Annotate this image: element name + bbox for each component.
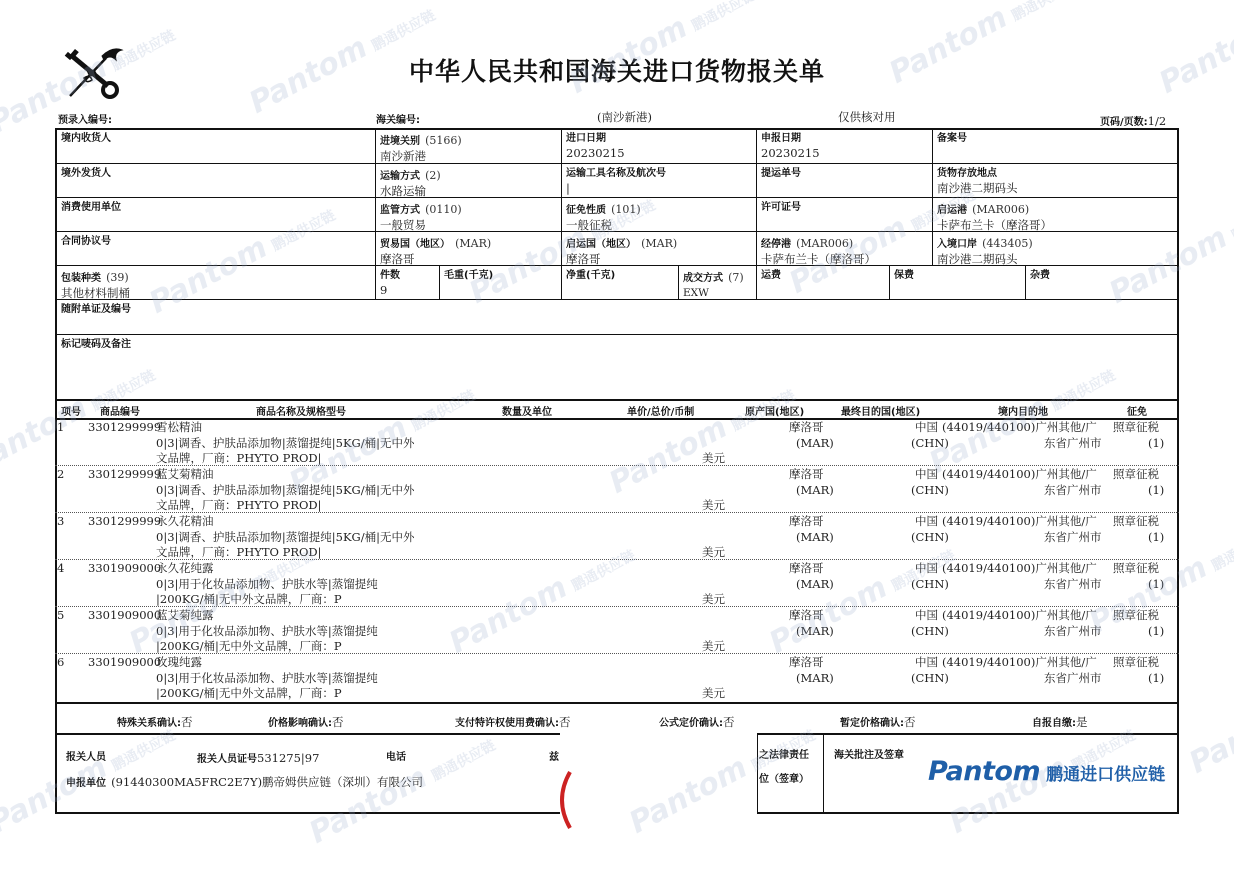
field-gross-weight: 毛重(千克) [440, 266, 561, 285]
dest-country: 中国 [915, 561, 938, 577]
col-name-spec: 商品名称及规格型号 [256, 403, 346, 418]
field-net-weight: 净重(千克) [562, 266, 678, 285]
field-pieces: 件数 9 [376, 266, 439, 300]
special-relation-label: 特殊关系确认: [117, 718, 181, 729]
deal-mode-label: 成交方式 [683, 273, 723, 284]
redaction-mask [560, 729, 757, 839]
entry-customs-value: 南沙新港 [380, 149, 557, 164]
levy-code: (1) [1148, 436, 1164, 452]
net-weight-label: 净重(千克) [566, 268, 674, 283]
departure-port-label: 启运港 [937, 205, 967, 216]
item-no: 2 [57, 467, 64, 483]
brand-name: Pantom [928, 756, 1040, 787]
vessel-value: | [566, 181, 752, 196]
levy-nature-code: (101) [611, 203, 641, 216]
declare-date-value: 20230215 [761, 146, 928, 161]
spec-line-1: 0|3|调香、护肤品添加物|蒸馏提纯|5KG/桶|无中外 [156, 483, 414, 499]
field-record-no: 备案号 [933, 129, 1178, 148]
domestic-dest-1: (44019/440100)广州其他/广 [942, 467, 1097, 483]
field-storage: 货物存放地点 南沙港二期码头 [933, 164, 1178, 198]
package-type-value: 其他材料制桶 [61, 286, 371, 301]
field-misc: 杂费 [1026, 266, 1178, 285]
dest-code: (CHN) [911, 577, 949, 593]
spec-line-1: 0|3|用于化妆品添加物、护肤水等|蒸馏提纯 [156, 577, 378, 593]
storage-value: 南沙港二期码头 [937, 181, 1174, 196]
page-label: 页码/页数: [1100, 117, 1148, 128]
origin-country: 摩洛哥 [789, 655, 824, 671]
package-type-label: 包装种类 [61, 273, 101, 284]
package-type-code: (39) [106, 271, 129, 284]
domestic-dest-1: (44019/440100)广州其他/广 [942, 514, 1097, 530]
field-attached-docs: 随附单证及编号 [57, 300, 1177, 319]
spec-line-2: |200KG/桶|无中外文品牌，厂商：P [156, 686, 342, 702]
provisional-price-confirm: 暂定价格确认:否 [840, 711, 916, 730]
hs-code: 3301909000 [88, 561, 161, 577]
col-levy: 征免 [1127, 403, 1147, 418]
dest-country: 中国 [915, 514, 938, 530]
origin-code: (MAR) [796, 483, 834, 499]
hs-code: 3301909000 [88, 608, 161, 624]
phone-label: 电话 [386, 748, 406, 763]
domestic-dest-1: (44019/440100)广州其他/广 [942, 655, 1097, 671]
watermark: Pantom鹏通供应链 [1184, 654, 1234, 781]
field-consumer: 消费使用单位 [57, 198, 375, 217]
customs-office: (南沙新港) [597, 109, 652, 125]
product-name: 玫瑰纯露 [156, 655, 202, 671]
price-influence-confirm: 价格影响确认:否 [268, 711, 344, 730]
dest-country: 中国 [915, 655, 938, 671]
field-freight: 运费 [757, 266, 889, 285]
origin-country-value: 摩洛哥 [566, 252, 752, 267]
contract-label: 合同协议号 [61, 234, 371, 249]
consignee-label: 境内收货人 [61, 131, 371, 146]
page-indicator: 页码/页数:1/2 [1100, 110, 1166, 129]
record-no-label: 备案号 [937, 131, 1174, 146]
supervision-code: (0110) [425, 203, 462, 216]
col-price: 单价/总价/币制 [627, 403, 694, 418]
spec-line-2: |200KG/桶|无中外文品牌，厂商：P [156, 639, 342, 655]
seal-text: 位（签章） [759, 770, 809, 785]
spec-line-2: |200KG/桶|无中外文品牌，厂商：P [156, 592, 342, 608]
levy-code: (1) [1148, 530, 1164, 546]
domestic-dest-2: 东省广州市 [1044, 436, 1102, 452]
self-declare-label: 自报自缴: [1032, 718, 1076, 729]
origin-code: (MAR) [796, 624, 834, 640]
origin-country: 摩洛哥 [789, 561, 824, 577]
brand-logo: Pantom鹏通进口供应链 [928, 756, 1165, 787]
entry-port-code: (443405) [982, 237, 1033, 250]
product-name: 永久花精油 [156, 514, 214, 530]
royalty-confirm: 支付特许权使用费确认:否 [455, 711, 571, 730]
trade-country-code: (MAR) [455, 237, 491, 250]
import-date-label: 进口日期 [566, 131, 752, 146]
pieces-label: 件数 [380, 268, 435, 283]
domestic-dest-2: 东省广州市 [1044, 624, 1102, 640]
formula-price-value: 否 [723, 715, 735, 729]
vessel-label: 运输工具名称及航次号 [566, 166, 752, 181]
special-relation-confirm: 特殊关系确认:否 [117, 711, 193, 730]
spec-line-1: 0|3|调香、护肤品添加物|蒸馏提纯|5KG/桶|无中外 [156, 530, 414, 546]
hs-code: 3301299999 [88, 514, 161, 530]
currency: 美元 [702, 545, 725, 561]
freight-label: 运费 [761, 268, 885, 283]
field-declare-date: 申报日期 20230215 [757, 129, 932, 163]
levy-mode: 照章征税 [1113, 655, 1159, 671]
field-transit-port: 经停港 (MAR006) 卡萨布兰卡（摩洛哥） [757, 232, 932, 269]
dest-code: (CHN) [911, 671, 949, 687]
item-no: 4 [57, 561, 64, 577]
item-no: 6 [57, 655, 64, 671]
levy-mode: 照章征税 [1113, 561, 1159, 577]
hs-code: 3301299999 [88, 420, 161, 436]
price-influence-label: 价格影响确认: [268, 718, 332, 729]
origin-country: 摩洛哥 [789, 514, 824, 530]
field-import-date: 进口日期 20230215 [562, 129, 756, 163]
field-entry-customs: 进境关别 (5166) 南沙新港 [376, 129, 561, 166]
levy-mode: 照章征税 [1113, 514, 1159, 530]
field-contract: 合同协议号 [57, 232, 375, 251]
field-license: 许可证号 [757, 198, 932, 217]
levy-mode: 照章征税 [1113, 420, 1159, 436]
entry-port-label: 入境口岸 [937, 239, 977, 250]
legal-liability-text: 之法律责任 [759, 746, 809, 761]
consumer-label: 消费使用单位 [61, 200, 371, 215]
levy-nature-value: 一般征税 [566, 218, 752, 233]
field-supervision: 监管方式 (0110) 一般贸易 [376, 198, 561, 235]
declaring-company: 申报单位 (91440300MA5FRC2E7Y)鹏帝姆供应链（深圳）有限公司 [66, 771, 423, 790]
domestic-dest-1: (44019/440100)广州其他/广 [942, 420, 1097, 436]
declarant-label: 报关人员 [66, 748, 106, 763]
royalty-label: 支付特许权使用费确认: [455, 718, 559, 729]
field-package-type: 包装种类 (39) 其他材料制桶 [57, 266, 375, 303]
declarant-cert: 报关人员证号531275|97 [197, 747, 319, 766]
origin-code: (MAR) [796, 577, 834, 593]
pieces-value: 9 [380, 283, 435, 298]
item-no: 1 [57, 420, 64, 436]
dest-code: (CHN) [911, 624, 949, 640]
red-seal-stamp [552, 770, 574, 830]
storage-label: 货物存放地点 [937, 166, 1174, 181]
field-levy-nature: 征免性质 (101) 一般征税 [562, 198, 756, 235]
bill-no-label: 提运单号 [761, 166, 928, 181]
dest-country: 中国 [915, 467, 938, 483]
provisional-price-value: 否 [904, 715, 916, 729]
col-destination: 最终目的国(地区) [841, 403, 920, 418]
currency: 美元 [702, 686, 725, 702]
field-bill-no: 提运单号 [757, 164, 932, 183]
page-value: 1/2 [1148, 114, 1167, 128]
domestic-dest-2: 东省广州市 [1044, 483, 1102, 499]
domestic-dest-1: (44019/440100)广州其他/广 [942, 561, 1097, 577]
domestic-dest-1: (44019/440100)广州其他/广 [942, 608, 1097, 624]
currency: 美元 [702, 451, 725, 467]
formula-price-label: 公式定价确认: [659, 718, 723, 729]
field-departure-port: 启运港 (MAR006) 卡萨布兰卡（摩洛哥） [933, 198, 1178, 235]
field-trade-country: 贸易国（地区） (MAR) 摩洛哥 [376, 232, 561, 269]
origin-code: (MAR) [796, 436, 834, 452]
levy-mode: 照章征税 [1113, 608, 1159, 624]
spec-line-1: 0|3|用于化妆品添加物、护肤水等|蒸馏提纯 [156, 671, 378, 687]
formula-price-confirm: 公式定价确认:否 [659, 711, 735, 730]
company-value: (91440300MA5FRC2E7Y)鹏帝姆供应链（深圳）有限公司 [111, 775, 423, 789]
dest-code: (CHN) [911, 483, 949, 499]
product-name: 蓝艾菊纯露 [156, 608, 214, 624]
supervision-value: 一般贸易 [380, 218, 557, 233]
dest-code: (CHN) [911, 436, 949, 452]
field-transport-mode: 运输方式 (2) 水路运输 [376, 164, 561, 201]
field-consignor: 境外发货人 [57, 164, 375, 183]
trade-country-label: 贸易国（地区） [380, 239, 450, 250]
item-no: 5 [57, 608, 64, 624]
customs-no-label: 海关编号: [376, 111, 420, 126]
field-vessel: 运输工具名称及航次号 | [562, 164, 756, 198]
license-label: 许可证号 [761, 200, 928, 215]
transport-mode-value: 水路运输 [380, 184, 557, 199]
origin-code: (MAR) [796, 671, 834, 687]
hs-code: 3301909000 [88, 655, 161, 671]
origin-code: (MAR) [796, 530, 834, 546]
entry-port-value: 南沙港二期码头 [937, 252, 1174, 267]
item-no: 3 [57, 514, 64, 530]
field-marks: 标记唛码及备注 [57, 335, 1177, 354]
declarant-cert-value: 531275|97 [257, 751, 319, 765]
dest-code: (CHN) [911, 530, 949, 546]
transit-port-value: 卡萨布兰卡（摩洛哥） [761, 252, 928, 267]
currency: 美元 [702, 498, 725, 514]
entry-customs-label: 进境关别 [380, 136, 420, 147]
spec-line-2: 文品牌，厂商：PHYTO PROD| [156, 498, 322, 514]
pre-entry-no-label: 预录入编号: [58, 111, 112, 126]
levy-nature-label: 征免性质 [566, 205, 606, 216]
provisional-price-label: 暂定价格确认: [840, 718, 904, 729]
spec-line-2: 文品牌，厂商：PHYTO PROD| [156, 545, 322, 561]
origin-country-code: (MAR) [641, 237, 677, 250]
domestic-dest-2: 东省广州市 [1044, 671, 1102, 687]
col-quantity: 数量及单位 [502, 403, 552, 418]
col-hs-code: 商品编号 [100, 403, 140, 418]
consignor-label: 境外发货人 [61, 166, 371, 181]
brand-tagline: 鹏通进口供应链 [1046, 765, 1165, 785]
currency: 美元 [702, 592, 725, 608]
departure-port-value: 卡萨布兰卡（摩洛哥） [937, 218, 1174, 233]
spec-line-1: 0|3|用于化妆品添加物、护肤水等|蒸馏提纯 [156, 624, 378, 640]
field-origin-country: 启运国（地区） (MAR) 摩洛哥 [562, 232, 756, 269]
col-origin: 原产国(地区) [745, 403, 804, 418]
gross-weight-label: 毛重(千克) [444, 268, 557, 283]
spec-line-1: 0|3|调香、护肤品添加物|蒸馏提纯|5KG/桶|无中外 [156, 436, 414, 452]
trade-country-value: 摩洛哥 [380, 252, 557, 267]
departure-port-code: (MAR006) [972, 203, 1029, 216]
dest-country: 中国 [915, 420, 938, 436]
declaration-statement-partial: 兹 [549, 748, 559, 763]
origin-country: 摩洛哥 [789, 467, 824, 483]
special-relation-value: 否 [181, 715, 193, 729]
levy-code: (1) [1148, 577, 1164, 593]
self-declare-confirm: 自报自缴:是 [1032, 711, 1088, 730]
attached-docs-label: 随附单证及编号 [61, 302, 1173, 317]
price-influence-value: 否 [332, 715, 344, 729]
levy-code: (1) [1148, 624, 1164, 640]
transit-port-code: (MAR006) [796, 237, 853, 250]
dest-country: 中国 [915, 608, 938, 624]
domestic-dest-2: 东省广州市 [1044, 530, 1102, 546]
supervision-label: 监管方式 [380, 205, 420, 216]
royalty-value: 否 [559, 715, 571, 729]
col-item-no: 项号 [61, 403, 81, 418]
domestic-dest-2: 东省广州市 [1044, 577, 1102, 593]
levy-code: (1) [1148, 483, 1164, 499]
deal-mode-code: (7) [728, 271, 744, 284]
insurance-label: 保费 [894, 268, 1021, 283]
declarant-cert-label: 报关人员证号 [197, 754, 257, 765]
product-name: 永久花纯露 [156, 561, 214, 577]
transport-mode-label: 运输方式 [380, 171, 420, 182]
entry-customs-code: (5166) [425, 134, 462, 147]
deal-mode-value: EXW [683, 286, 752, 301]
verification-note: 仅供核对用 [838, 109, 896, 125]
field-entry-port: 入境口岸 (443405) 南沙港二期码头 [933, 232, 1178, 269]
col-domestic-dest: 境内目的地 [998, 403, 1048, 418]
field-consignee: 境内收货人 [57, 129, 375, 148]
transit-port-label: 经停港 [761, 239, 791, 250]
origin-country: 摩洛哥 [789, 608, 824, 624]
origin-country: 摩洛哥 [789, 420, 824, 436]
product-name: 雪松精油 [156, 420, 202, 436]
product-name: 蓝艾菊精油 [156, 467, 214, 483]
hs-code: 3301299999 [88, 467, 161, 483]
levy-mode: 照章征税 [1113, 467, 1159, 483]
origin-country-label: 启运国（地区） [566, 239, 636, 250]
field-deal-mode: 成交方式 (7) EXW [679, 266, 756, 303]
company-label: 申报单位 [66, 778, 106, 789]
customs-note-label: 海关批注及签章 [834, 746, 904, 761]
self-declare-value: 是 [1076, 715, 1088, 729]
field-insurance: 保费 [890, 266, 1025, 285]
levy-code: (1) [1148, 671, 1164, 687]
misc-label: 杂费 [1030, 268, 1174, 283]
spec-line-2: 文品牌，厂商：PHYTO PROD| [156, 451, 322, 467]
transport-mode-code: (2) [425, 169, 441, 182]
document-title: 中华人民共和国海关进口货物报关单 [0, 52, 1234, 88]
marks-label: 标记唛码及备注 [61, 337, 1173, 352]
currency: 美元 [702, 639, 725, 655]
import-date-value: 20230215 [566, 146, 752, 161]
declare-date-label: 申报日期 [761, 131, 928, 146]
